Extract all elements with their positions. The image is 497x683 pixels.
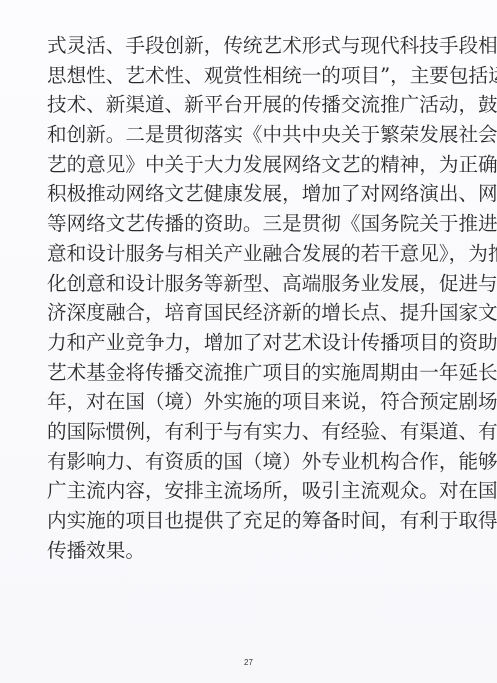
text-line: 济深度融合，培育国民经济新的增长点、提升国家文化软实 <box>47 298 449 328</box>
text-line: 思想性、艺术性、观赏性相统一的项目”，主要包括运用新 <box>47 61 449 91</box>
text-line: 广主流内容，安排主流场所，吸引主流观众。对在国（境） <box>47 476 449 506</box>
text-line: 化创意和设计服务等新型、高端服务业发展，促进与实体经 <box>47 269 449 299</box>
text-line: 意和设计服务与相关产业融合发展的若干意见》，为推进文 <box>47 239 449 269</box>
text-line: 积极推动网络文艺健康发展，增加了对网络演出、网络音乐 <box>47 179 449 209</box>
text-line: 传播效果。 <box>47 536 449 566</box>
text-line: 技术、新渠道、新平台开展的传播交流推广活动，鼓励探索 <box>47 90 449 120</box>
text-line: 力和产业竞争力，增加了对艺术设计传播项目的资助。同时， <box>47 328 449 358</box>
text-line: 式灵活、手段创新，传统艺术形式与现代科技手段相结合， <box>47 31 449 61</box>
text-line: 艺的意见》中关于大力发展网络文艺的精神，为正确引导和 <box>47 150 449 180</box>
document-page: 式灵活、手段创新，传统艺术形式与现代科技手段相结合， 思想性、艺术性、观赏性相统… <box>0 0 497 683</box>
text-line: 有影响力、有资质的国（境）外专业机构合作，能够做到推 <box>47 447 449 477</box>
text-line: 的国际惯例，有利于与有实力、有经验、有渠道、有平台、 <box>47 417 449 447</box>
text-line: 内实施的项目也提供了充足的筹备时间，有利于取得更好的 <box>47 506 449 536</box>
text-line: 艺术基金将传播交流推广项目的实施周期由一年延长到两 <box>47 358 449 388</box>
body-paragraph: 式灵活、手段创新，传统艺术形式与现代科技手段相结合， 思想性、艺术性、观赏性相统… <box>47 31 449 565</box>
text-line: 和创新。二是贯彻落实《中共中央关于繁荣发展社会主义文 <box>47 120 449 150</box>
page-number: 27 <box>0 658 497 667</box>
text-line: 等网络文艺传播的资助。三是贯彻《国务院关于推进文化创 <box>47 209 449 239</box>
text-line: 年，对在国（境）外实施的项目来说，符合预定剧场、展馆 <box>47 387 449 417</box>
